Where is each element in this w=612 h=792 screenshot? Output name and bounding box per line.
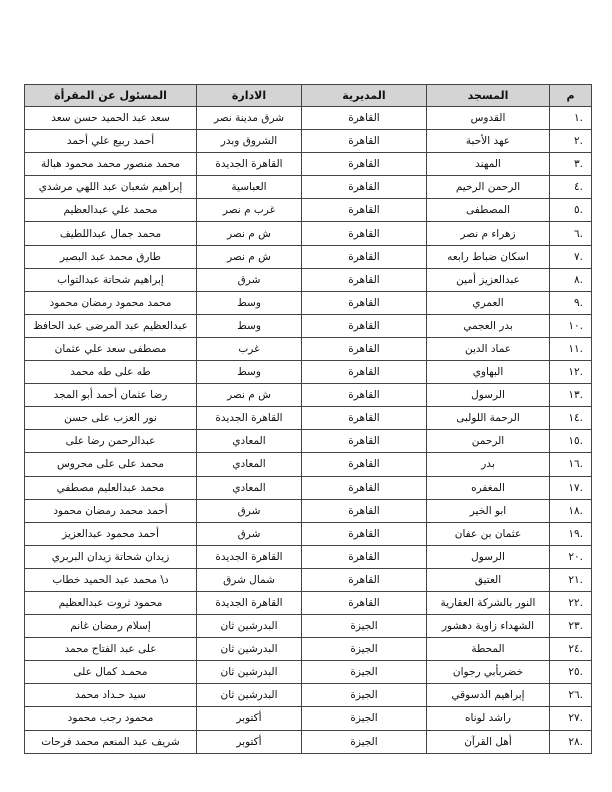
administration-cell: ش م نصر [197, 245, 302, 268]
header-directorate: المديرية [302, 85, 427, 107]
row-number-cell: .٩ [550, 291, 592, 314]
mosque-name-cell: القدوس [427, 107, 550, 130]
mosque-name-cell: عثمان بن عفان [427, 522, 550, 545]
directorate-cell: القاهرة [302, 476, 427, 499]
row-number-cell: .١ [550, 107, 592, 130]
directorate-cell: القاهرة [302, 176, 427, 199]
mosque-name-cell: أهل القرآن [427, 730, 550, 753]
mosque-name-cell: الرحمن الرحيم [427, 176, 550, 199]
mosque-name-cell: اسكان ضباط رابعه [427, 245, 550, 268]
directorate-cell: القاهرة [302, 314, 427, 337]
administration-cell: غرب م نصر [197, 199, 302, 222]
mosque-name-cell: الرحمن [427, 430, 550, 453]
directorate-cell: القاهرة [302, 130, 427, 153]
responsible-person-cell: محمد محمود رمضان محمود [25, 291, 197, 314]
responsible-person-cell: محمـد كمال على [25, 661, 197, 684]
mosque-name-cell: المهند [427, 153, 550, 176]
row-number-cell: .١٩ [550, 522, 592, 545]
responsible-person-cell: على عبد الفتاح محمد [25, 638, 197, 661]
row-number-cell: .٢٧ [550, 707, 592, 730]
mosque-name-cell: بدر العجمي [427, 314, 550, 337]
table-row: .٤الرحمن الرحيمالقاهرةالعباسيةإبراهيم شع… [25, 176, 592, 199]
table-row: .٩العمريالقاهرةوسطمحمد محمود رمضان محمود [25, 291, 592, 314]
directorate-cell: القاهرة [302, 199, 427, 222]
mosque-name-cell: الرحمة اللولبى [427, 407, 550, 430]
header-mosque: المسجد [427, 85, 550, 107]
directorate-cell: القاهرة [302, 591, 427, 614]
directorate-cell: القاهرة [302, 222, 427, 245]
directorate-cell: القاهرة [302, 568, 427, 591]
header-administration: الادارة [197, 85, 302, 107]
administration-cell: شرق [197, 268, 302, 291]
row-number-cell: .١٧ [550, 476, 592, 499]
responsible-person-cell: أحمد ربيع علي أحمد [25, 130, 197, 153]
directorate-cell: الجيزة [302, 707, 427, 730]
responsible-person-cell: سيد حـداد محمد [25, 684, 197, 707]
administration-cell: العباسية [197, 176, 302, 199]
administration-cell: شرق [197, 522, 302, 545]
row-number-cell: .٢٤ [550, 638, 592, 661]
responsible-person-cell: إبراهيم شحاتة عبدالتواب [25, 268, 197, 291]
row-number-cell: .٣ [550, 153, 592, 176]
mosque-name-cell: زهراء م نصر [427, 222, 550, 245]
row-number-cell: .٥ [550, 199, 592, 222]
table-row: .٢٧راشد لوناهالجيزةأكتوبرمحمود رجب محمود [25, 707, 592, 730]
table-row: .٢٨أهل القرآنالجيزةأكتوبرشريف عبد المنعم… [25, 730, 592, 753]
administration-cell: القاهرة الجديدة [197, 153, 302, 176]
administration-cell: المعادي [197, 453, 302, 476]
mosques-table: م المسجد المديرية الادارة المسئول عن الم… [24, 84, 592, 754]
directorate-cell: الجيزة [302, 638, 427, 661]
directorate-cell: الجيزة [302, 730, 427, 753]
administration-cell: البدرشين ثان [197, 661, 302, 684]
table-row: .٢٦إبراهيم الدسوقيالجيزةالبدرشين ثانسيد … [25, 684, 592, 707]
document-page: م المسجد المديرية الادارة المسئول عن الم… [0, 0, 612, 792]
administration-cell: القاهرة الجديدة [197, 591, 302, 614]
table-header-row: م المسجد المديرية الادارة المسئول عن الم… [25, 85, 592, 107]
row-number-cell: .٢٥ [550, 661, 592, 684]
table-row: .١٥الرحمنالقاهرةالمعاديعبدالرحمن رضا على [25, 430, 592, 453]
directorate-cell: القاهرة [302, 453, 427, 476]
row-number-cell: .١٠ [550, 314, 592, 337]
administration-cell: القاهرة الجديدة [197, 545, 302, 568]
row-number-cell: .١٦ [550, 453, 592, 476]
responsible-person-cell: إبراهيم شعبان عبد اللهي مرشدي [25, 176, 197, 199]
mosque-name-cell: النور بالشركة العقارية [427, 591, 550, 614]
row-number-cell: .١٣ [550, 384, 592, 407]
table-row: .٢٢النور بالشركة العقاريةالقاهرةالقاهرة … [25, 591, 592, 614]
row-number-cell: .٢١ [550, 568, 592, 591]
row-number-cell: .١٢ [550, 361, 592, 384]
mosque-name-cell: راشد لوناه [427, 707, 550, 730]
responsible-person-cell: شريف عبد المنعم محمد فرحات [25, 730, 197, 753]
table-row: .٢٥خضربأبي رجوانالجيزةالبدرشين ثانمحمـد … [25, 661, 592, 684]
table-row: .١٨ابو الخيرالقاهرةشرقأحمد محمد رمضان مح… [25, 499, 592, 522]
responsible-person-cell: د\ محمد عبد الحميد خطاب [25, 568, 197, 591]
row-number-cell: .٢٨ [550, 730, 592, 753]
table-row: .٧اسكان ضباط رابعهالقاهرةش م نصرطارق محم… [25, 245, 592, 268]
table-row: .٢٣الشهداء زاوية دهشورالجيزةالبدرشين ثان… [25, 615, 592, 638]
mosque-name-cell: المحطة [427, 638, 550, 661]
mosque-name-cell: إبراهيم الدسوقي [427, 684, 550, 707]
row-number-cell: .٢٣ [550, 615, 592, 638]
responsible-person-cell: رضا عثمان أحمد أبو المجد [25, 384, 197, 407]
mosque-name-cell: عهد الأحبة [427, 130, 550, 153]
administration-cell: ش م نصر [197, 222, 302, 245]
table-row: .٦زهراء م نصرالقاهرةش م نصرمحمد جمال عبد… [25, 222, 592, 245]
mosque-name-cell: ابو الخير [427, 499, 550, 522]
table-row: .١٦بدرالقاهرةالمعاديمحمد على على محروس [25, 453, 592, 476]
table-row: .١٧المغفرهالقاهرةالمعاديمحمد عبدالعليم م… [25, 476, 592, 499]
row-number-cell: .٢٢ [550, 591, 592, 614]
responsible-person-cell: مصطفى سعد علي عثمان [25, 337, 197, 360]
administration-cell: أكتوبر [197, 730, 302, 753]
mosque-name-cell: عماد الدين [427, 337, 550, 360]
header-num: م [550, 85, 592, 107]
directorate-cell: القاهرة [302, 384, 427, 407]
table-row: .٢عهد الأحبةالقاهرةالشروق وبدرأحمد ربيع … [25, 130, 592, 153]
directorate-cell: القاهرة [302, 107, 427, 130]
table-row: .٢٠الرسولالقاهرةالقاهرة الجديدةزيدان شحا… [25, 545, 592, 568]
row-number-cell: .١٨ [550, 499, 592, 522]
mosque-name-cell: الرسول [427, 545, 550, 568]
table-row: .٣المهندالقاهرةالقاهرة الجديدةمحمد منصور… [25, 153, 592, 176]
administration-cell: البدرشين ثان [197, 638, 302, 661]
administration-cell: وسط [197, 361, 302, 384]
mosque-name-cell: الشهداء زاوية دهشور [427, 615, 550, 638]
directorate-cell: القاهرة [302, 337, 427, 360]
directorate-cell: القاهرة [302, 407, 427, 430]
administration-cell: ش م نصر [197, 384, 302, 407]
responsible-person-cell: طارق محمد عبد البصير [25, 245, 197, 268]
directorate-cell: الجيزة [302, 615, 427, 638]
responsible-person-cell: عبدالعظيم عبد المرضى عبد الحافظ [25, 314, 197, 337]
table-row: .١٠بدر العجميالقاهرةوسطعبدالعظيم عبد الم… [25, 314, 592, 337]
administration-cell: البدرشين ثان [197, 684, 302, 707]
responsible-person-cell: زيدان شحاتة زيدان البربري [25, 545, 197, 568]
table-row: .١٣الرسولالقاهرةش م نصررضا عثمان أحمد أب… [25, 384, 592, 407]
administration-cell: شمال شرق [197, 568, 302, 591]
administration-cell: غرب [197, 337, 302, 360]
responsible-person-cell: أحمد محمود عبدالعزيز [25, 522, 197, 545]
administration-cell: البدرشين ثان [197, 615, 302, 638]
table-row: .١٩عثمان بن عفانالقاهرةشرقأحمد محمود عبد… [25, 522, 592, 545]
row-number-cell: .٨ [550, 268, 592, 291]
responsible-person-cell: محمد جمال عبداللطيف [25, 222, 197, 245]
responsible-person-cell: محمود رجب محمود [25, 707, 197, 730]
row-number-cell: .٤ [550, 176, 592, 199]
table-row: .٢١العتيقالقاهرةشمال شرقد\ محمد عبد الحم… [25, 568, 592, 591]
header-responsible: المسئول عن المقرأة [25, 85, 197, 107]
responsible-person-cell: عبدالرحمن رضا على [25, 430, 197, 453]
row-number-cell: .٢٦ [550, 684, 592, 707]
row-number-cell: .٧ [550, 245, 592, 268]
table-row: .١القدوسالقاهرةشرق مدينة نصرسعد عبد الحم… [25, 107, 592, 130]
directorate-cell: القاهرة [302, 522, 427, 545]
row-number-cell: .٢ [550, 130, 592, 153]
responsible-person-cell: محمد عبدالعليم مصطفي [25, 476, 197, 499]
directorate-cell: القاهرة [302, 291, 427, 314]
row-number-cell: .١٥ [550, 430, 592, 453]
administration-cell: القاهرة الجديدة [197, 407, 302, 430]
administration-cell: الشروق وبدر [197, 130, 302, 153]
administration-cell: وسط [197, 291, 302, 314]
responsible-person-cell: محمد منصور محمد محمود هبالة [25, 153, 197, 176]
directorate-cell: القاهرة [302, 153, 427, 176]
row-number-cell: .١٤ [550, 407, 592, 430]
table-row: .٨عبدالعزيز أمينالقاهرةشرقإبراهيم شحاتة … [25, 268, 592, 291]
mosque-name-cell: الرسول [427, 384, 550, 407]
table-body: .١القدوسالقاهرةشرق مدينة نصرسعد عبد الحم… [25, 107, 592, 754]
administration-cell: أكتوبر [197, 707, 302, 730]
table-row: .١٢البهاويالقاهرةوسططه على طه محمد [25, 361, 592, 384]
row-number-cell: .٢٠ [550, 545, 592, 568]
administration-cell: شرق [197, 499, 302, 522]
directorate-cell: القاهرة [302, 499, 427, 522]
row-number-cell: .٦ [550, 222, 592, 245]
mosque-name-cell: بدر [427, 453, 550, 476]
directorate-cell: القاهرة [302, 268, 427, 291]
administration-cell: المعادي [197, 476, 302, 499]
directorate-cell: القاهرة [302, 430, 427, 453]
responsible-person-cell: سعد عبد الحميد حسن سعد [25, 107, 197, 130]
responsible-person-cell: نور العزب على حسن [25, 407, 197, 430]
responsible-person-cell: طه على طه محمد [25, 361, 197, 384]
mosque-name-cell: المصطفى [427, 199, 550, 222]
directorate-cell: الجيزة [302, 661, 427, 684]
mosque-name-cell: عبدالعزيز أمين [427, 268, 550, 291]
mosque-name-cell: العتيق [427, 568, 550, 591]
responsible-person-cell: محمد علي عبدالعظيم [25, 199, 197, 222]
directorate-cell: القاهرة [302, 361, 427, 384]
directorate-cell: القاهرة [302, 245, 427, 268]
table-row: .١١عماد الدينالقاهرةغربمصطفى سعد علي عثم… [25, 337, 592, 360]
directorate-cell: القاهرة [302, 545, 427, 568]
mosque-name-cell: العمري [427, 291, 550, 314]
administration-cell: المعادي [197, 430, 302, 453]
mosque-name-cell: خضربأبي رجوان [427, 661, 550, 684]
administration-cell: شرق مدينة نصر [197, 107, 302, 130]
row-number-cell: .١١ [550, 337, 592, 360]
responsible-person-cell: محمد على على محروس [25, 453, 197, 476]
mosque-name-cell: المغفره [427, 476, 550, 499]
responsible-person-cell: إسلام رمضان غانم [25, 615, 197, 638]
responsible-person-cell: أحمد محمد رمضان محمود [25, 499, 197, 522]
mosque-name-cell: البهاوي [427, 361, 550, 384]
table-row: .٥المصطفىالقاهرةغرب م نصرمحمد علي عبدالع… [25, 199, 592, 222]
table-row: .١٤الرحمة اللولبىالقاهرةالقاهرة الجديدةن… [25, 407, 592, 430]
table-row: .٢٤المحطةالجيزةالبدرشين ثانعلى عبد الفتا… [25, 638, 592, 661]
administration-cell: وسط [197, 314, 302, 337]
responsible-person-cell: محمود ثروت عبدالعظيم [25, 591, 197, 614]
directorate-cell: الجيزة [302, 684, 427, 707]
